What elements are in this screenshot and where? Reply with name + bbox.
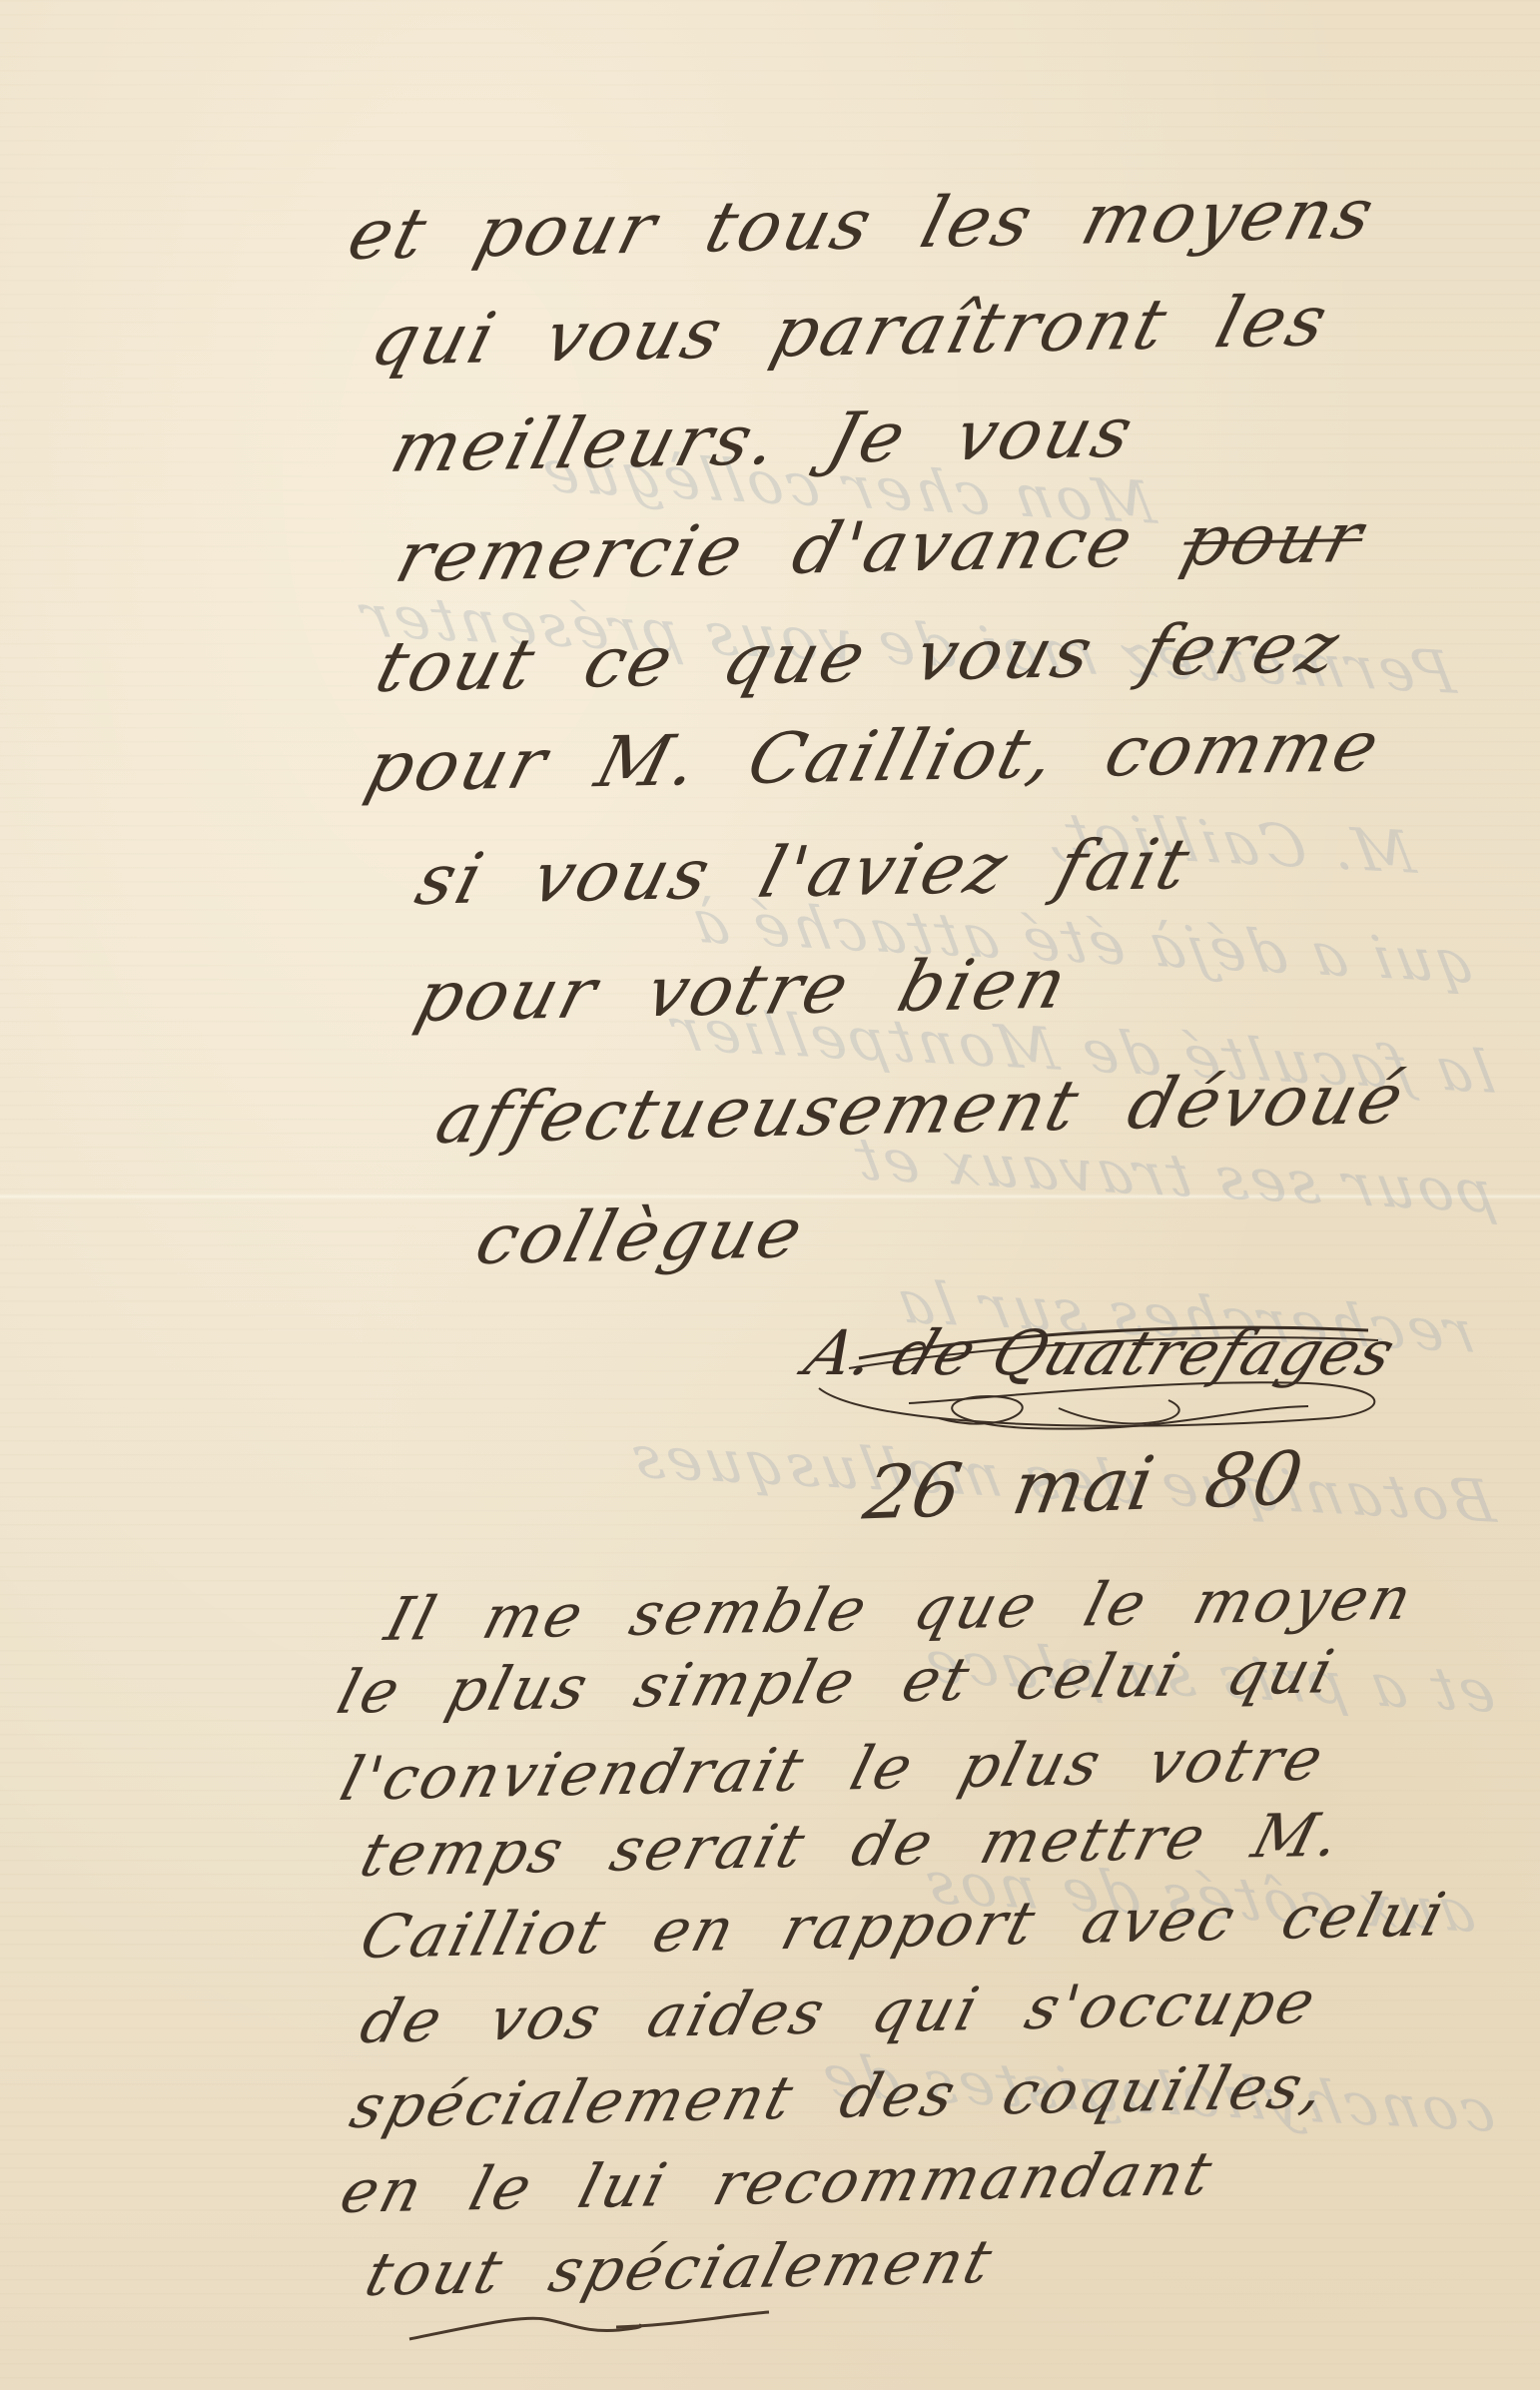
letter-line-text: remercie d'avance: [387, 500, 1195, 598]
struck-word: pour: [1173, 496, 1373, 582]
letter-line: pour votre bien: [409, 948, 1077, 1032]
letter-line: tout ce que vous ferez: [370, 612, 1348, 702]
letter-line: tout spécialement: [360, 2232, 1001, 2305]
letter-line: meilleurs. Je vous: [385, 398, 1143, 482]
letter-date: 26 mai 80: [858, 1435, 1309, 1536]
signature-name: A. de Quatrefages: [796, 1316, 1406, 1389]
letter-line: affectueusement dévoué: [429, 1064, 1413, 1154]
letter-line: si vous l'aviez fait: [409, 829, 1199, 915]
letter-line: remercie d'avance pour: [389, 502, 1372, 592]
signature: A. de Quatrefages: [799, 1288, 1378, 1428]
letter-line: collègue: [469, 1197, 812, 1274]
letter-line: en le lui recommandant: [335, 2144, 1220, 2222]
letter-line: qui vous paraîtront les: [365, 286, 1337, 376]
letter-line: et pour tous les moyens: [342, 179, 1383, 270]
letter-line: pour M. Cailliot, comme: [360, 711, 1389, 802]
